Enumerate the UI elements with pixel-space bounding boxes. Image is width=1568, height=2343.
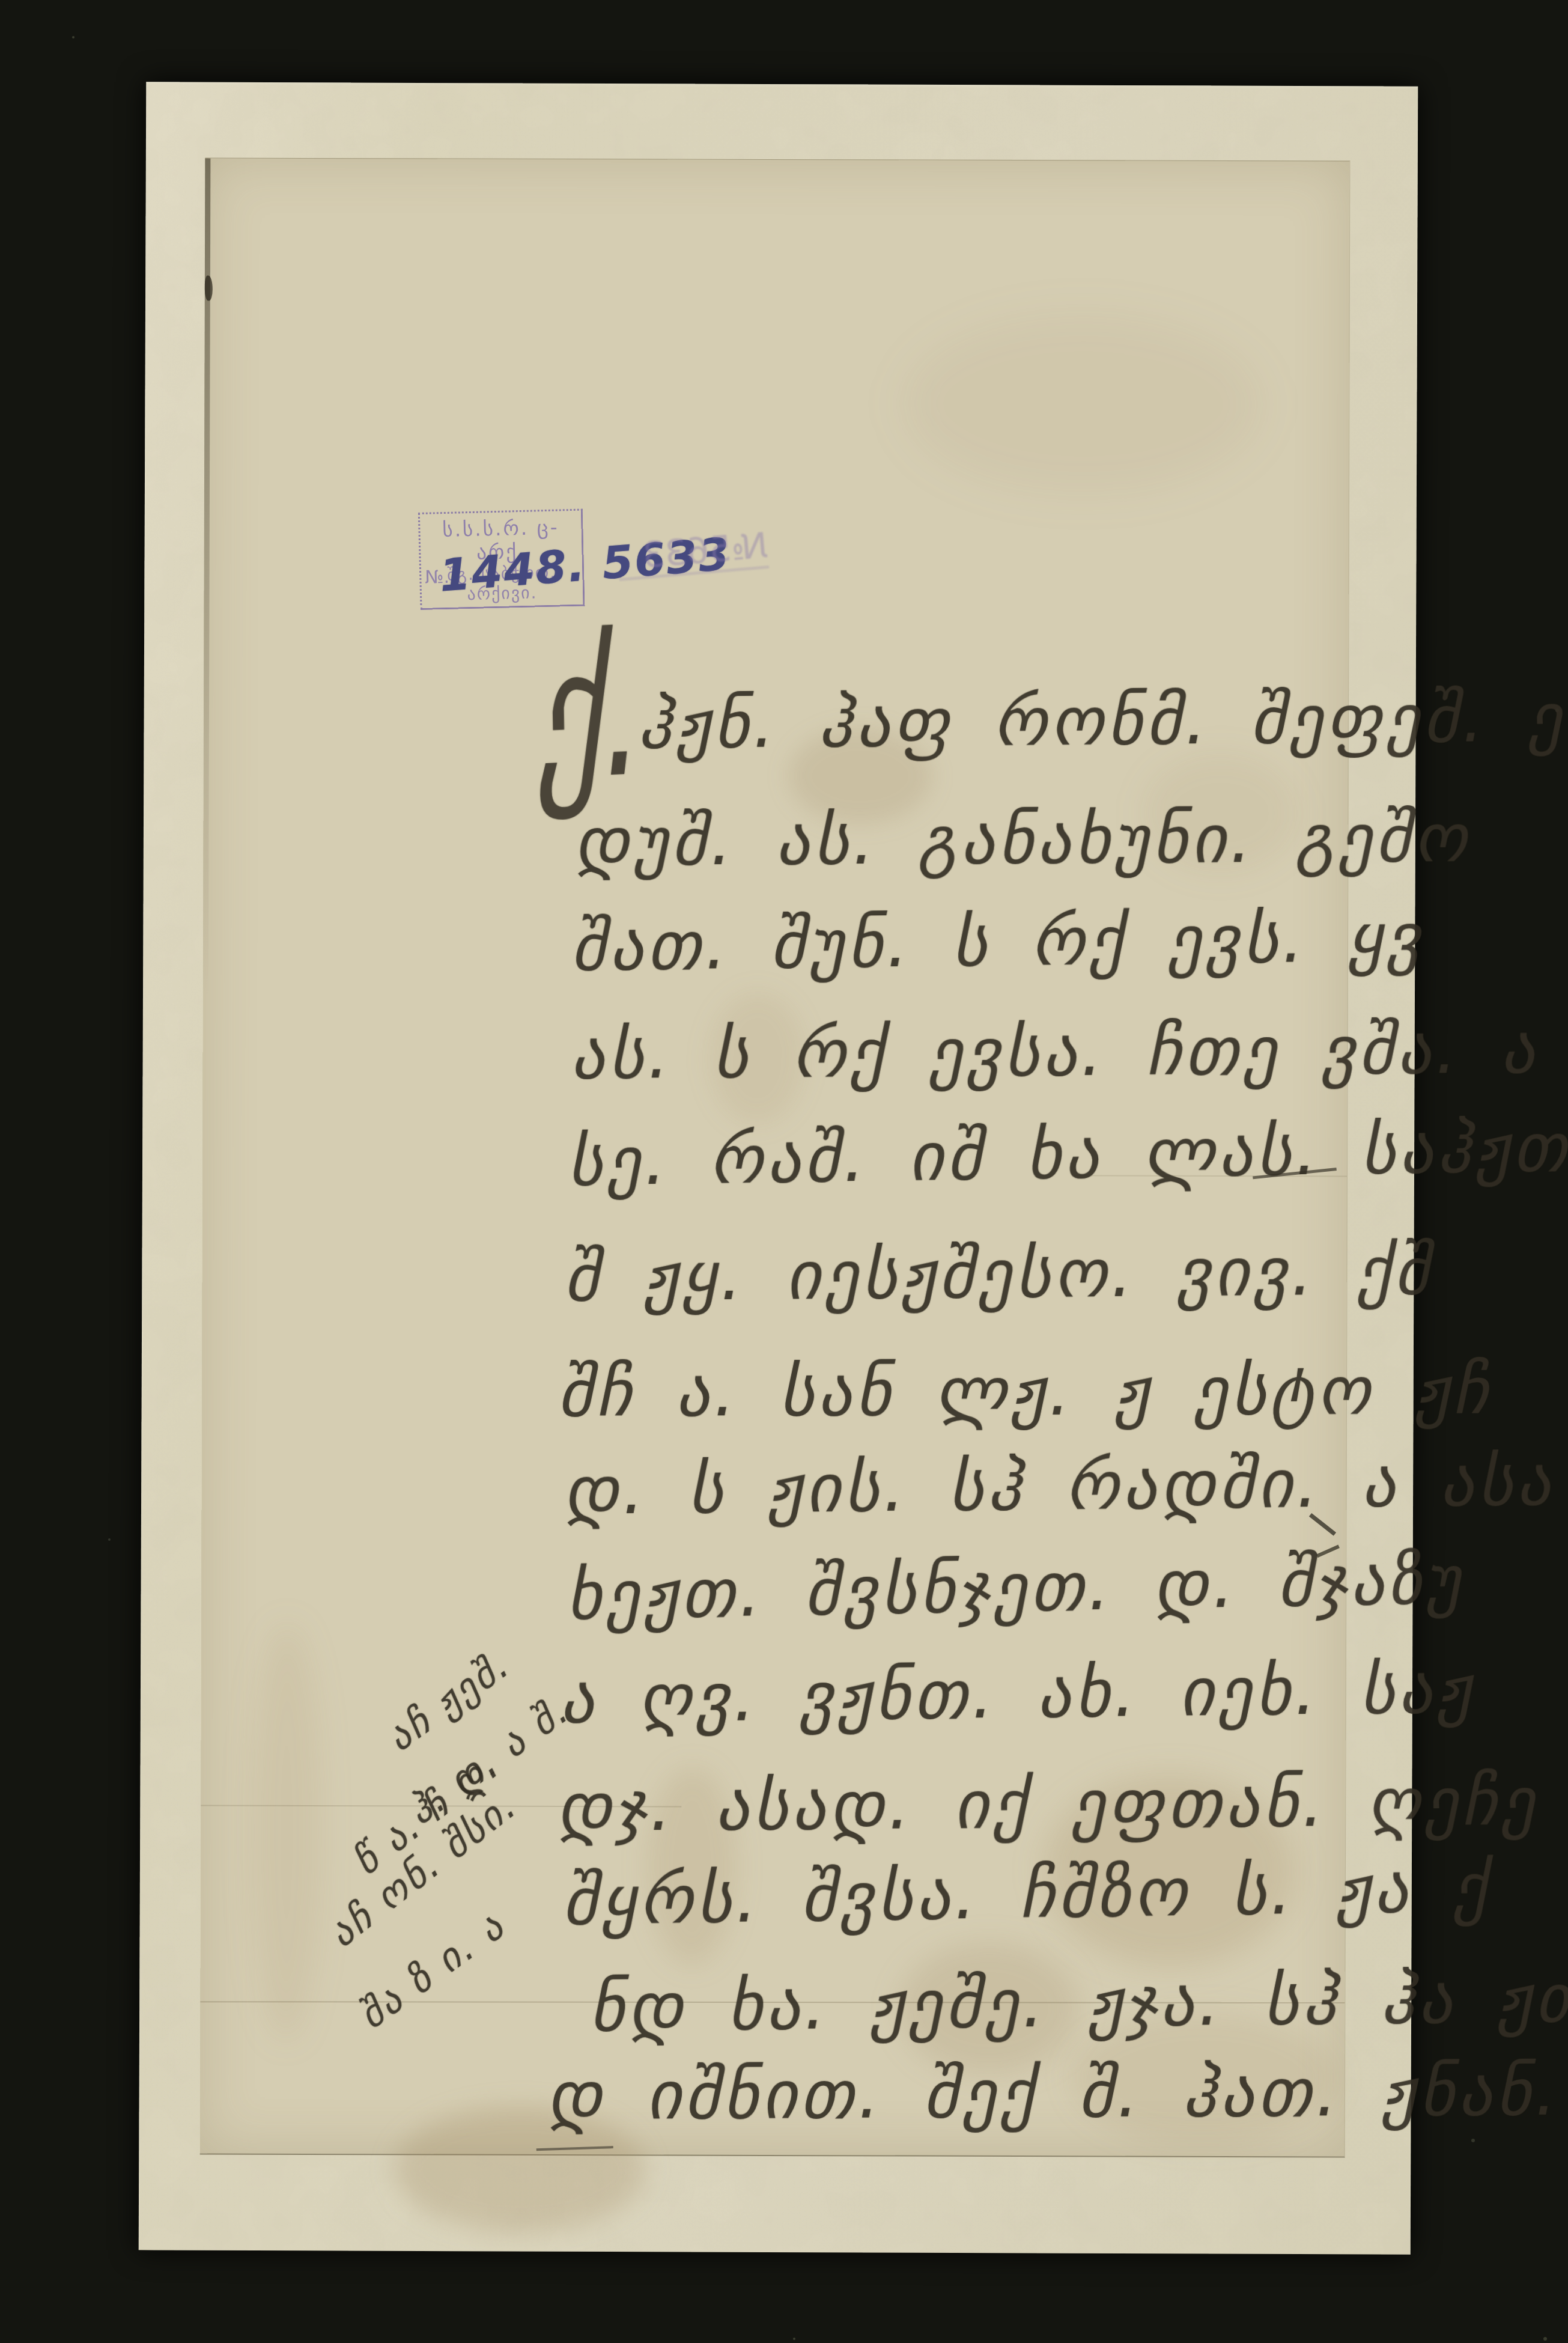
text-line-9: ხეჟთ. შვსნჯეთ. დ. შჯაზუ bbox=[566, 1546, 1465, 1630]
text-line-4: ას. ს რქ ევსა. ჩთე ვშა. ა bbox=[571, 1016, 1539, 1089]
text-line-10: ა ღვ. ვჟნთ. ახ. იეხ. საჟ bbox=[560, 1656, 1475, 1733]
text-line-2: დუშ. ას. განახუნი. გეშო bbox=[574, 805, 1471, 876]
background-speckles bbox=[72, 36, 74, 38]
text-line-14: დ იშნით. შექ შ. ჰათ. ჟნან. bbox=[547, 2058, 1560, 2130]
stamp-offset-mirror: №5633 bbox=[616, 525, 769, 581]
text-line-11: დჯ. ასად. იქ ეფთან. ღეჩე bbox=[557, 1768, 1539, 1841]
archive-stamp: ს.ს.ს.რ. ც-არქ. შგ. საბჭოთ. არქივი. №. 1… bbox=[418, 509, 585, 610]
letter-sheet: ს.ს.ს.რ. ც-არქ. შგ. საბჭოთ. არქივი. №. 1… bbox=[200, 157, 1351, 2157]
backing-sheet: ს.ს.ს.რ. ც-არქ. შგ. საბჭოთ. არქივი. №. 1… bbox=[139, 82, 1418, 2254]
text-line-1: ჰჟნ. ჰაფ რონმ. შეფეშ. ესო bbox=[638, 683, 1568, 758]
text-line-8: დ. ს ჟის. სჰ რადში. ა ასა bbox=[564, 1448, 1555, 1525]
text-line-6: შ ჟყ. იესჟშესო. ვივ. ქშ bbox=[564, 1237, 1433, 1311]
letter-initial: ქ. bbox=[533, 605, 645, 821]
scan-canvas: { "stamp": { "line1": "ს.ს.ს.რ. ც-არქ.",… bbox=[0, 0, 1568, 2343]
text-line-5: სე. რაშ. იშ ხა ლას. საჰჟთ. bbox=[567, 1114, 1568, 1196]
text-line-7: შჩ ა. სან ლჟ. ჟ ესტო ჟჩ bbox=[558, 1357, 1492, 1427]
stain bbox=[250, 1622, 323, 2043]
stain bbox=[903, 314, 1264, 495]
text-line-13: ნდ ხა. ჟეშე. ჟჯა. სჰ ჰა ჟთ ა bbox=[589, 1964, 1568, 2041]
ink-blot bbox=[205, 275, 213, 300]
text-line-3: შათ. შუნ. ს რქ ევს. ყვ bbox=[571, 904, 1424, 981]
text-line-12: შყრს. შვსა. ჩშზო ს. ჟა ქ bbox=[562, 1854, 1491, 1935]
